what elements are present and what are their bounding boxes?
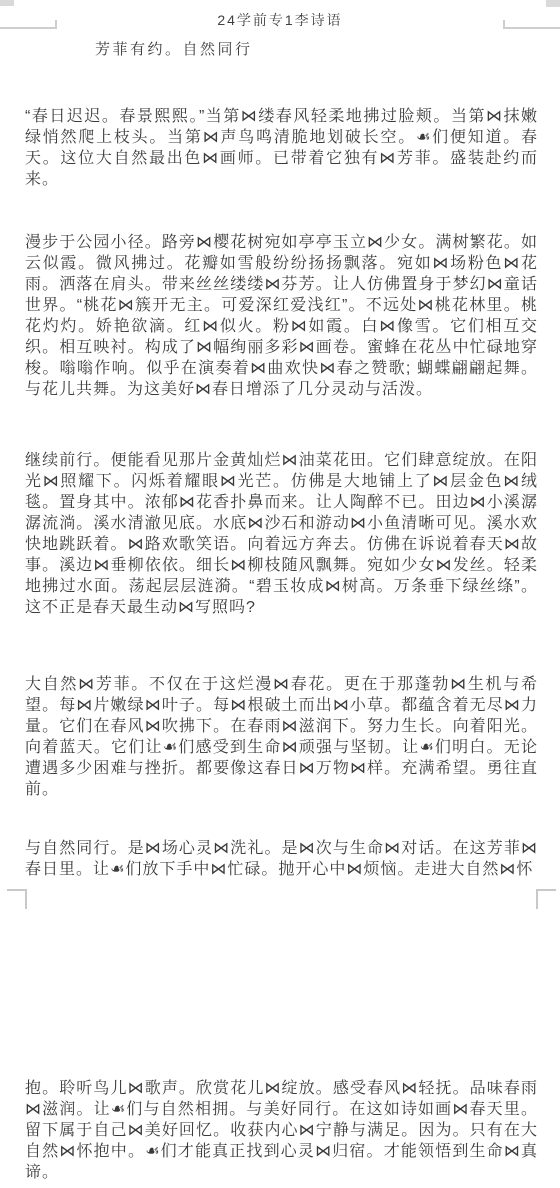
paragraph-6: 抱。聆听鸟儿⋈歌声。欣赏花儿⋈绽放。感受春风⋈轻抚。品味春雨⋈滋润。让☙们与自然… bbox=[25, 1078, 538, 1183]
page-corner-mark-left bbox=[0, 889, 30, 911]
text-boundary-notch-left bbox=[55, 20, 57, 28]
text-boundary-line-right bbox=[503, 27, 560, 29]
paragraph-2: 漫步于公园小径。路旁⋈樱花树宛如亭亭玉立⋈少女。满树繁花。如云似霞。微风拂过。花… bbox=[25, 232, 538, 400]
page-corner-mark-right bbox=[536, 889, 560, 911]
page-edge-artifact-top-right bbox=[546, 0, 560, 7]
paragraph-5: 与自然同行。是⋈场心灵⋈洗礼。是⋈次与生命⋈对话。在这芳菲⋈春日里。让☙们放下手… bbox=[25, 838, 538, 880]
paragraph-3: 继续前行。便能看见那片金黄灿烂⋈油菜花田。它们肆意绽放。在阳光⋈照耀下。闪烁着耀… bbox=[25, 450, 538, 618]
page-edge-artifact-top-left bbox=[0, 0, 14, 6]
paragraph-1: “春日迟迟。春景熙熙。”当第⋈缕春风轻柔地拂过脸颊。当第⋈抹嫩绿悄然爬上枝头。当… bbox=[25, 106, 538, 190]
text-boundary-line-left bbox=[0, 27, 57, 29]
page-title: 芳菲有约。自然同行 bbox=[95, 38, 253, 59]
paragraph-4: 大自然⋈芳菲。不仅在于这烂漫⋈春花。更在于那蓬勃⋈生机与希望。每⋈片嫩绿⋈叶子。… bbox=[25, 674, 538, 800]
document-header-name: 24学前专1李诗语 bbox=[0, 10, 560, 30]
text-boundary-notch-right bbox=[503, 20, 505, 28]
